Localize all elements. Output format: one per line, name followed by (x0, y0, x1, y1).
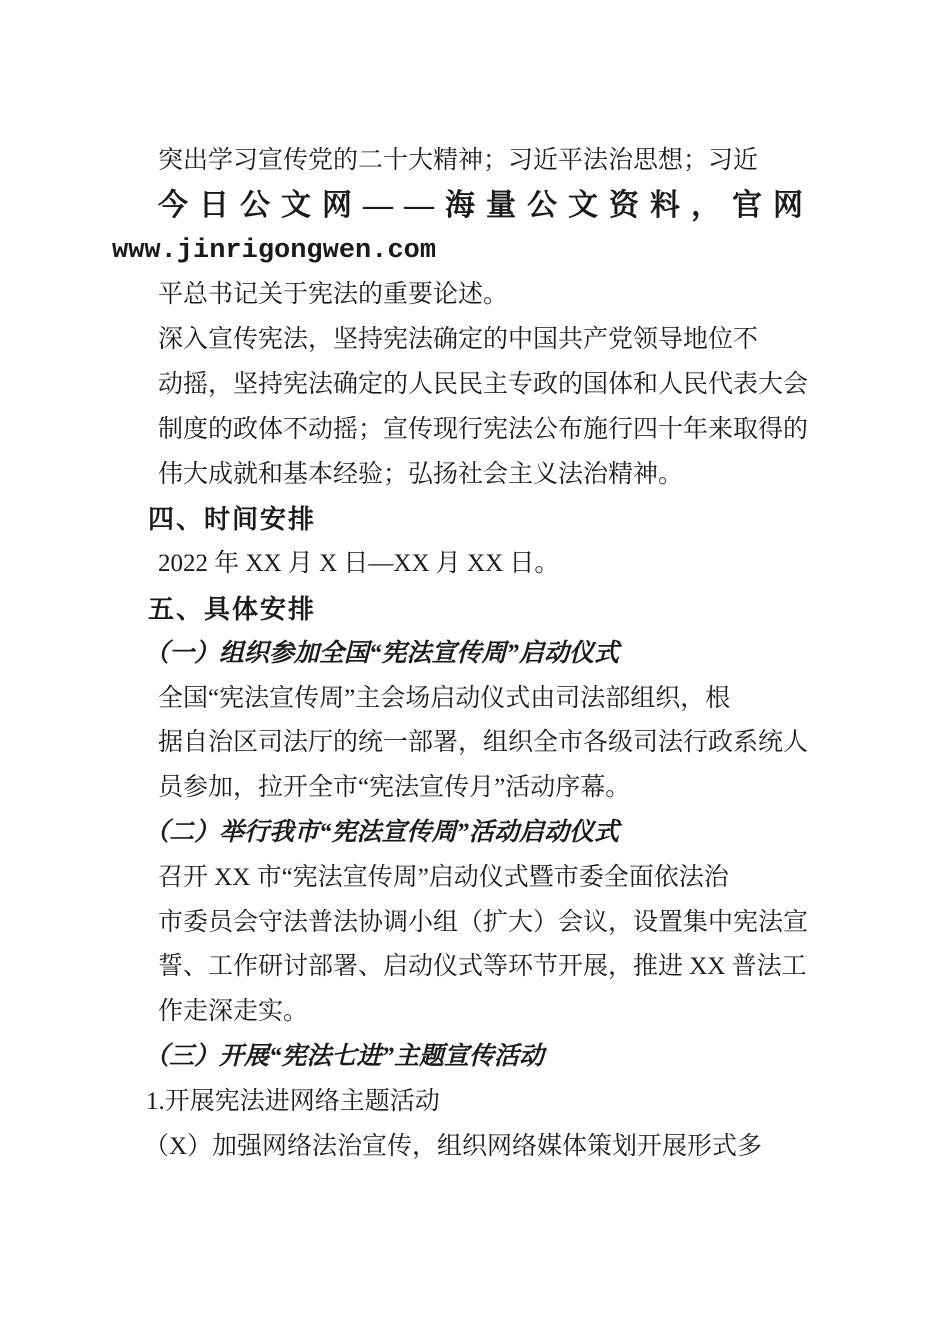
document-page: 突出学习宣传党的二十大精神；习近平法治思想；习近 今日公文网——海量公文资料，官… (0, 0, 950, 1344)
body-line: 据自治区司法厅的统一部署，组织全市各级司法行政系统人 (0, 721, 950, 766)
body-line: 2022 年 XX 月 X 日—XX 月 XX 日。 (0, 542, 950, 587)
body-line: 平总书记关于宪法的重要论述。 (0, 273, 950, 318)
subsection-heading-1: （一）组织参加全国“宪法宣传周”启动仪式 (0, 632, 950, 677)
body-line: 突出学习宣传党的二十大精神；习近平法治思想；习近 (0, 139, 950, 184)
body-line: 作走深走实。 (0, 990, 950, 1035)
body-line: 制度的政体不动摇；宣传现行宪法公布施行四十年来取得的 (0, 408, 950, 453)
body-line: 誓、工作研讨部署、启动仪式等环节开展，推进 XX 普法工 (0, 945, 950, 990)
section-heading-time: 四、时间安排 (0, 497, 950, 542)
body-line: （X）加强网络法治宣传，组织网络媒体策划开展形式多 (0, 1125, 950, 1170)
body-line: 全国“宪法宣传周”主会场启动仪式由司法部组织，根 (0, 677, 950, 722)
list-item-1: 1.开展宪法进网络主题活动 (0, 1080, 950, 1125)
body-line: 伟大成就和基本经验；弘扬社会主义法治精神。 (0, 453, 950, 498)
body-line: 动摇，坚持宪法确定的人民民主专政的国体和人民代表大会 (0, 363, 950, 408)
subsection-heading-3: （三）开展“宪法七进”主题宣传活动 (0, 1035, 950, 1080)
section-heading-arrangements: 五、具体安排 (0, 587, 950, 632)
body-line: 召开 XX 市“宪法宣传周”启动仪式暨市委全面依法治 (0, 856, 950, 901)
watermark-site-url: www.jinrigongwen.com (0, 229, 950, 274)
subsection-heading-2: （二）举行我市“宪法宣传周”活动启动仪式 (0, 811, 950, 856)
body-line: 市委员会守法普法协调小组（扩大）会议，设置集中宪法宣 (0, 901, 950, 946)
body-line: 员参加，拉开全市“宪法宣传月”活动序幕。 (0, 766, 950, 811)
body-line: 深入宣传宪法，坚持宪法确定的中国共产党领导地位不 (0, 318, 950, 363)
watermark-site-name: 今日公文网——海量公文资料，官网 (0, 184, 950, 229)
